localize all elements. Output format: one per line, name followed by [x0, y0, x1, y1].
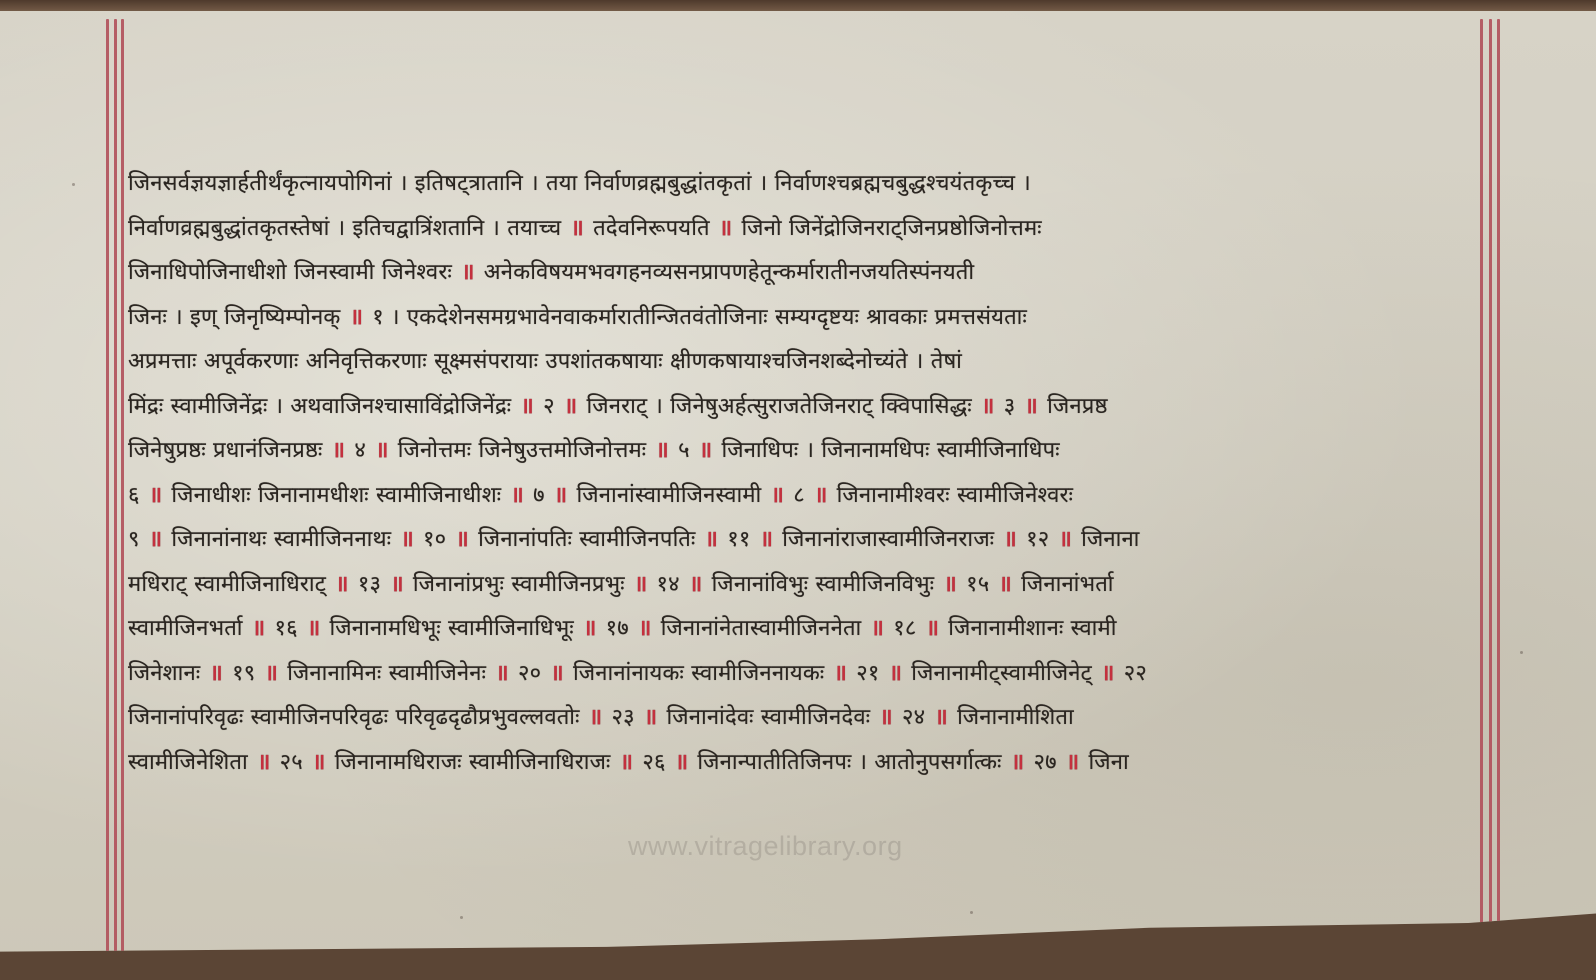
verse-marker: ॥ — [834, 661, 847, 686]
verse-marker: ॥ — [265, 661, 278, 686]
verse-marker: ॥ — [943, 572, 956, 597]
paper-speck — [72, 183, 75, 186]
text-line-12: जिनेशानः ॥ १९ ॥ जिनानामिनः स्वामीजिनेनः … — [128, 657, 1476, 702]
verse-marker: ॥ — [375, 438, 388, 463]
paper-speck — [1520, 651, 1523, 654]
verse-marker: ॥ — [400, 527, 413, 552]
verse-marker: ॥ — [550, 661, 563, 686]
verse-marker: ॥ — [511, 483, 524, 508]
right-margin-rule — [1489, 19, 1492, 944]
verse-marker: ॥ — [1101, 661, 1114, 686]
verse-marker: ॥ — [554, 483, 567, 508]
verse-marker: ॥ — [1059, 527, 1072, 552]
verse-marker: ॥ — [699, 438, 712, 463]
verse-marker: ॥ — [520, 394, 533, 419]
text-line-7: जिनेषुप्रष्ठः प्रधानंजिनप्रष्ठः ॥ ४ ॥ जि… — [128, 434, 1476, 479]
verse-marker: ॥ — [689, 572, 702, 597]
verse-marker: ॥ — [879, 705, 892, 730]
verse-marker: ॥ — [638, 616, 651, 641]
text-line-8: ६ ॥ जिनाधीशः जिनानामधीशः स्वामीजिनाधीशः … — [128, 479, 1476, 524]
verse-marker: ॥ — [1011, 750, 1024, 775]
left-margin-rule — [114, 19, 117, 974]
text-line-11: स्वामीजिनभर्ता ॥ १६ ॥ जिनानामधिभूः स्वाम… — [128, 612, 1476, 657]
verse-marker: ॥ — [456, 527, 469, 552]
verse-marker: ॥ — [149, 527, 162, 552]
verse-marker: ॥ — [926, 616, 939, 641]
verse-marker: ॥ — [350, 305, 363, 330]
text-line-6: मिंद्रः स्वामीजिनेंद्रः । अथवाजिनश्चासाव… — [128, 390, 1476, 435]
right-margin-rule — [1480, 19, 1483, 944]
text-line-9: ९ ॥ जिनानांनाथः स्वामीजिननाथः ॥ १० ॥ जिन… — [128, 523, 1476, 568]
verse-marker: ॥ — [210, 661, 223, 686]
paper-speck — [970, 911, 973, 914]
verse-marker: ॥ — [644, 705, 657, 730]
manuscript-photo: जिनसर्वज्ञयज्ञार्हतीर्थंकृत्नायपोगिनां ।… — [0, 0, 1596, 980]
verse-marker: ॥ — [495, 661, 508, 686]
text-line-3: जिनाधिपोजिनाधीशो जिनस्वामी जिनेश्वरः ॥ अ… — [128, 256, 1476, 301]
paper-speck — [460, 916, 463, 919]
verse-marker: ॥ — [634, 572, 647, 597]
text-line-13: जिनानांपरिवृढः स्वामीजिनपरिवृढः परिवृढदृ… — [128, 701, 1476, 746]
verse-marker: ॥ — [620, 750, 633, 775]
verse-marker: ॥ — [307, 616, 320, 641]
verse-marker: ॥ — [312, 750, 325, 775]
verse-marker: ॥ — [705, 527, 718, 552]
verse-marker: ॥ — [564, 394, 577, 419]
verse-marker: ॥ — [871, 616, 884, 641]
verse-marker: ॥ — [252, 616, 265, 641]
verse-marker: ॥ — [257, 750, 270, 775]
text-line-14: स्वामीजिनेशिता ॥ २५ ॥ जिनानामधिराजः स्वा… — [128, 746, 1476, 791]
verse-marker: ॥ — [1025, 394, 1038, 419]
manuscript-text: जिनसर्वज्ञयज्ञार्हतीर्थंकृत्नायपोगिनां ।… — [128, 167, 1476, 790]
verse-marker: ॥ — [981, 394, 994, 419]
verse-marker: ॥ — [390, 572, 403, 597]
manuscript-page: जिनसर्वज्ञयज्ञार्हतीर्थंकृत्नायपोगिनां ।… — [0, 11, 1596, 966]
verse-marker: ॥ — [461, 260, 474, 285]
verse-marker: ॥ — [760, 527, 773, 552]
left-margin-rule — [121, 19, 124, 974]
verse-marker: ॥ — [1004, 527, 1017, 552]
text-line-5: अप्रमत्ताः अपूर्वकरणाः अनिवृत्तिकरणाः सू… — [128, 345, 1476, 390]
text-line-10: मधिराट् स्वामीजिनाधिराट् ॥ १३ ॥ जिनानांप… — [128, 568, 1476, 613]
verse-marker: ॥ — [675, 750, 688, 775]
text-line-4: जिनः । इण् जिनृष्यिम्पोनक् ॥ १ । एकदेशेन… — [128, 301, 1476, 346]
verse-marker: ॥ — [999, 572, 1012, 597]
verse-marker: ॥ — [934, 705, 947, 730]
verse-marker: ॥ — [589, 705, 602, 730]
right-margin-rule — [1497, 19, 1500, 944]
verse-marker: ॥ — [771, 483, 784, 508]
verse-marker: ॥ — [719, 216, 732, 241]
verse-marker: ॥ — [571, 216, 584, 241]
verse-marker: ॥ — [1066, 750, 1079, 775]
watermark: www.vitragelibrary.org — [628, 831, 903, 862]
verse-marker: ॥ — [889, 661, 902, 686]
verse-marker: ॥ — [335, 572, 348, 597]
verse-marker: ॥ — [149, 483, 162, 508]
verse-marker: ॥ — [655, 438, 668, 463]
text-line-1: जिनसर्वज्ञयज्ञार्हतीर्थंकृत्नायपोगिनां ।… — [128, 167, 1476, 212]
verse-marker: ॥ — [814, 483, 827, 508]
verse-marker: ॥ — [583, 616, 596, 641]
left-margin-rule — [106, 19, 109, 974]
text-line-2: निर्वाणव्रह्मबुद्धांतकृतस्तेषां । इतिचद्… — [128, 212, 1476, 257]
verse-marker: ॥ — [332, 438, 345, 463]
